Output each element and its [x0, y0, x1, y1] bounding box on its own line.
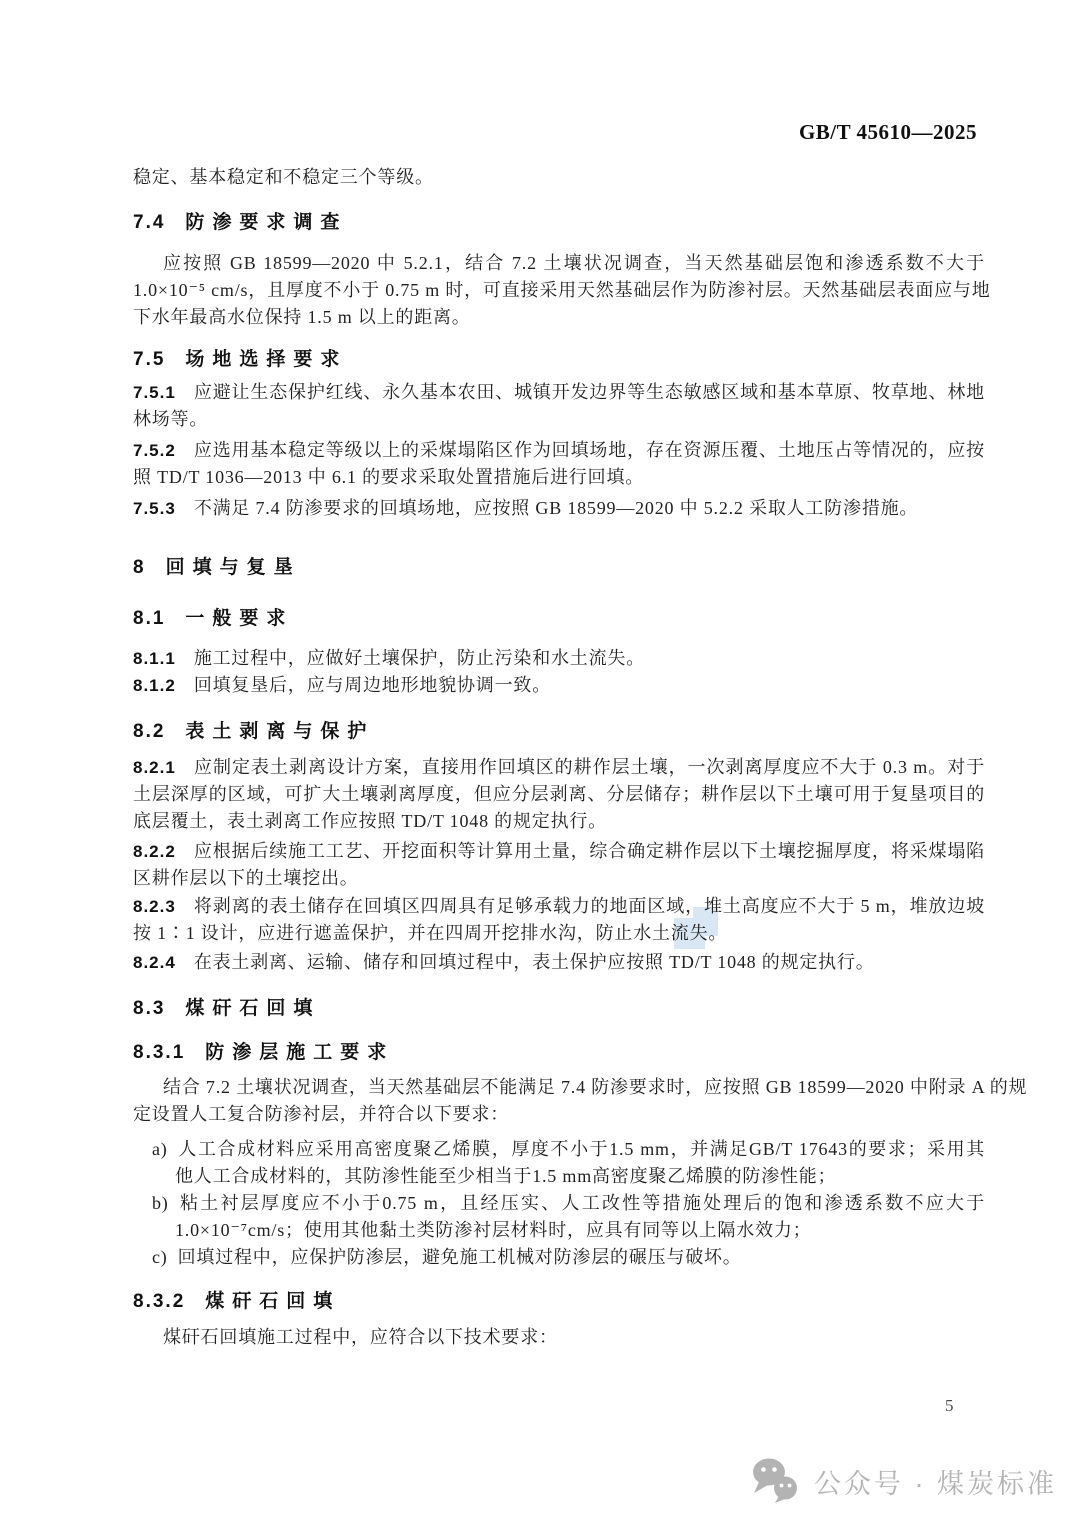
heading-8-1: 8.1一般要求 [133, 603, 293, 630]
text-line: 稳定、基本稳定和不稳定三个等级。 [133, 164, 985, 191]
clause-7-5-1: 7.5.1应避让生态保护红线、永久基本农田、城镇开发边界等生态敏感区域和基本草原… [133, 379, 985, 433]
section-title: 煤矸石回填 [185, 998, 320, 1019]
text-line: b)粘土衬层厚度应不小于0.75 m，且经压实、人工改性等措施处理后的饱和渗透系… [152, 1190, 985, 1217]
list-item-b: b)粘土衬层厚度应不小于0.75 m，且经压实、人工改性等措施处理后的饱和渗透系… [152, 1190, 985, 1244]
clause-number: 8.1.2 [133, 676, 176, 695]
section-title: 防渗要求调查 [185, 212, 347, 233]
paragraph-carryover: 稳定、基本稳定和不稳定三个等级。 [133, 164, 985, 191]
clause-8-1-1: 8.1.1施工过程中，应做好土壤保护，防止污染和水土流失。 [133, 645, 985, 672]
heading-7-4: 7.4防渗要求调查 [133, 207, 347, 234]
list-marker: c) [152, 1247, 168, 1267]
clause-number: 8.2.4 [133, 953, 176, 972]
section-title: 煤矸石回填 [205, 1291, 340, 1312]
clause-8-1-2: 8.1.2回填复垦后，应与周边地形地貌协调一致。 [133, 672, 985, 699]
clause-8-2-3: 8.2.3将剥离的表土储存在回填区四周具有足够承载力的地面区域，堆土高度应不大于… [133, 893, 985, 947]
text-line: 应按照 GB 18599—2020 中 5.2.1，结合 7.2 土壤状况调查，… [133, 250, 985, 277]
text-line: 结合 7.2 土壤状况调查，当天然基础层不能满足 7.4 防渗要求时，应按照 G… [133, 1074, 985, 1101]
section-number: 8.3 [133, 998, 165, 1019]
text-line: 8.2.3将剥离的表土储存在回填区四周具有足够承载力的地面区域，堆土高度应不大于… [133, 893, 985, 920]
clause-number: 8.2.2 [133, 842, 176, 861]
clause-text: 应避让生态保护红线、永久基本农田、城镇开发边界等生态敏感区域和基本草原、牧草地、… [194, 382, 985, 402]
heading-7-5: 7.5场地选择要求 [133, 344, 347, 371]
text-line: 1.0×10⁻⁵ cm/s，且厚度不小于 0.75 m 时，可直接采用天然基础层… [133, 277, 985, 304]
section-number: 8.3.1 [133, 1042, 185, 1063]
text-line: 8.2.1应制定表土剥离设计方案，直接用作回填区的耕作层土壤，一次剥离厚度应不大… [133, 754, 985, 781]
paragraph-8-3-1: 结合 7.2 土壤状况调查，当天然基础层不能满足 7.4 防渗要求时，应按照 G… [133, 1074, 985, 1128]
text-line: c)回填过程中，应保护防渗层，避免施工机械对防渗层的碾压与破坏。 [152, 1244, 985, 1271]
text-line: 8.2.4在表土剥离、运输、储存和回填过程中，表土保护应按照 TD/T 1048… [133, 949, 985, 976]
section-title: 防渗层施工要求 [205, 1042, 394, 1063]
text-line: 8.2.2应根据后续施工工艺、开挖面积等计算用土量，综合确定耕作层以下土壤挖掘厚… [133, 838, 985, 865]
clause-number: 8.2.1 [133, 758, 176, 777]
clause-7-5-2: 7.5.2应选用基本稳定等级以上的采煤塌陷区作为回填场地，存在资源压覆、土地压占… [133, 437, 985, 491]
clause-number: 8.1.1 [133, 649, 176, 668]
section-number: 8.2 [133, 721, 165, 742]
clause-text: 将剥离的表土储存在回填区四周具有足够承载力的地面区域，堆土高度应不大于 5 m，… [194, 896, 985, 916]
text-line: 煤矸石回填施工过程中，应符合以下技术要求： [133, 1324, 985, 1351]
text-line: 7.5.1应避让生态保护红线、永久基本农田、城镇开发边界等生态敏感区域和基本草原… [133, 379, 985, 406]
heading-8-3: 8.3煤矸石回填 [133, 993, 320, 1020]
clause-text: 回填复垦后，应与周边地形地貌协调一致。 [194, 675, 551, 695]
section-number: 7.4 [133, 212, 165, 233]
text-line: 定设置人工复合防渗衬层，并符合以下要求： [133, 1101, 985, 1128]
section-title: 表土剥离与保护 [185, 721, 374, 742]
clause-8-2-2: 8.2.2应根据后续施工工艺、开挖面积等计算用土量，综合确定耕作层以下土壤挖掘厚… [133, 838, 985, 892]
clause-text: 不满足 7.4 防渗要求的回填场地，应按照 GB 18599—2020 中 5.… [194, 498, 918, 518]
heading-8: 8回填与复垦 [133, 552, 301, 579]
list-item-a: a)人工合成材料应采用高密度聚乙烯膜，厚度不小于1.5 mm，并满足GB/T 1… [152, 1136, 985, 1190]
doc-number-header: GB/T 45610—2025 [799, 120, 977, 145]
text-line: 照 TD/T 1036—2013 中 6.1 的要求采取处置措施后进行回填。 [133, 464, 985, 491]
heading-8-3-2: 8.3.2煤矸石回填 [133, 1286, 340, 1313]
text-line: 7.5.3不满足 7.4 防渗要求的回填场地，应按照 GB 18599—2020… [133, 495, 985, 522]
chapter-title: 回填与复垦 [166, 557, 301, 578]
chapter-number: 8 [133, 557, 146, 578]
clause-text: 应选用基本稳定等级以上的采煤塌陷区作为回填场地，存在资源压覆、土地压占等情况的，… [194, 440, 985, 460]
document-page: GB/T 45610—2025 稳定、基本稳定和不稳定三个等级。 7.4防渗要求… [0, 0, 1080, 1527]
clause-8-2-4: 8.2.4在表土剥离、运输、储存和回填过程中，表土保护应按照 TD/T 1048… [133, 949, 985, 976]
clause-number: 7.5.1 [133, 383, 176, 402]
paragraph-7-4: 应按照 GB 18599—2020 中 5.2.1，结合 7.2 土壤状况调查，… [133, 250, 985, 331]
text-line: 土层深厚的区域，可扩大土壤剥离厚度，但应分层剥离、分层储存；耕作层以下土壤可用于… [133, 781, 985, 808]
list-text: 回填过程中，应保护防渗层，避免施工机械对防渗层的碾压与破坏。 [178, 1247, 742, 1267]
text-line: 下水年最高水位保持 1.5 m 以上的距离。 [133, 304, 985, 331]
paragraph-8-3-2: 煤矸石回填施工过程中，应符合以下技术要求： [133, 1324, 985, 1351]
text-line: 区耕作层以下的土壤挖出。 [133, 865, 985, 892]
watermark: 公众号 · 煤炭标准 [752, 1458, 1057, 1504]
page-number: 5 [945, 1396, 954, 1416]
wechat-icon [752, 1458, 800, 1504]
list-marker: b) [152, 1193, 169, 1213]
clause-text: 在表土剥离、运输、储存和回填过程中，表土保护应按照 TD/T 1048 的规定执… [194, 952, 875, 972]
section-number: 8.3.2 [133, 1291, 185, 1312]
clause-7-5-3: 7.5.3不满足 7.4 防渗要求的回填场地，应按照 GB 18599—2020… [133, 495, 985, 522]
list-item-c: c)回填过程中，应保护防渗层，避免施工机械对防渗层的碾压与破坏。 [152, 1244, 985, 1271]
watermark-label: 公众号 · 煤炭标准 [814, 1462, 1057, 1501]
text-line: 7.5.2应选用基本稳定等级以上的采煤塌陷区作为回填场地，存在资源压覆、土地压占… [133, 437, 985, 464]
section-number: 8.1 [133, 608, 165, 629]
clause-text: 应制定表土剥离设计方案，直接用作回填区的耕作层土壤，一次剥离厚度应不大于 0.3… [194, 757, 985, 777]
clause-text: 施工过程中，应做好土壤保护，防止污染和水土流失。 [194, 648, 645, 668]
text-line: 8.1.2回填复垦后，应与周边地形地貌协调一致。 [133, 672, 985, 699]
section-title: 场地选择要求 [185, 349, 347, 370]
list-text: 人工合成材料应采用高密度聚乙烯膜，厚度不小于1.5 mm，并满足GB/T 176… [178, 1139, 985, 1159]
heading-8-3-1: 8.3.1防渗层施工要求 [133, 1037, 394, 1064]
text-line: 1.0×10⁻⁷cm/s；使用其他黏土类防渗衬层材料时，应具有同等以上隔水效力； [152, 1217, 985, 1244]
clause-text: 应根据后续施工工艺、开挖面积等计算用土量，综合确定耕作层以下土壤挖掘厚度，将采煤… [194, 841, 985, 861]
clause-number: 7.5.2 [133, 441, 176, 460]
section-number: 7.5 [133, 349, 165, 370]
text-line: 林场等。 [133, 406, 985, 433]
clause-number: 7.5.3 [133, 499, 176, 518]
text-line: 他人工合成材料的，其防渗性能至少相当于1.5 mm高密度聚乙烯膜的防渗性能； [152, 1163, 985, 1190]
text-line: 按 1∶1 设计，应进行遮盖保护，并在四周开挖排水沟，防止水土流失。 [133, 920, 985, 947]
clause-8-2-1: 8.2.1应制定表土剥离设计方案，直接用作回填区的耕作层土壤，一次剥离厚度应不大… [133, 754, 985, 835]
text-line: 底层覆土，表土剥离工作应按照 TD/T 1048 的规定执行。 [133, 808, 985, 835]
text-line: a)人工合成材料应采用高密度聚乙烯膜，厚度不小于1.5 mm，并满足GB/T 1… [152, 1136, 985, 1163]
list-text: 粘土衬层厚度应不小于0.75 m，且经压实、人工改性等措施处理后的饱和渗透系数不… [179, 1193, 985, 1213]
list-marker: a) [152, 1139, 168, 1159]
text-line: 8.1.1施工过程中，应做好土壤保护，防止污染和水土流失。 [133, 645, 985, 672]
heading-8-2: 8.2表土剥离与保护 [133, 716, 374, 743]
clause-number: 8.2.3 [133, 897, 176, 916]
section-title: 一般要求 [185, 608, 293, 629]
